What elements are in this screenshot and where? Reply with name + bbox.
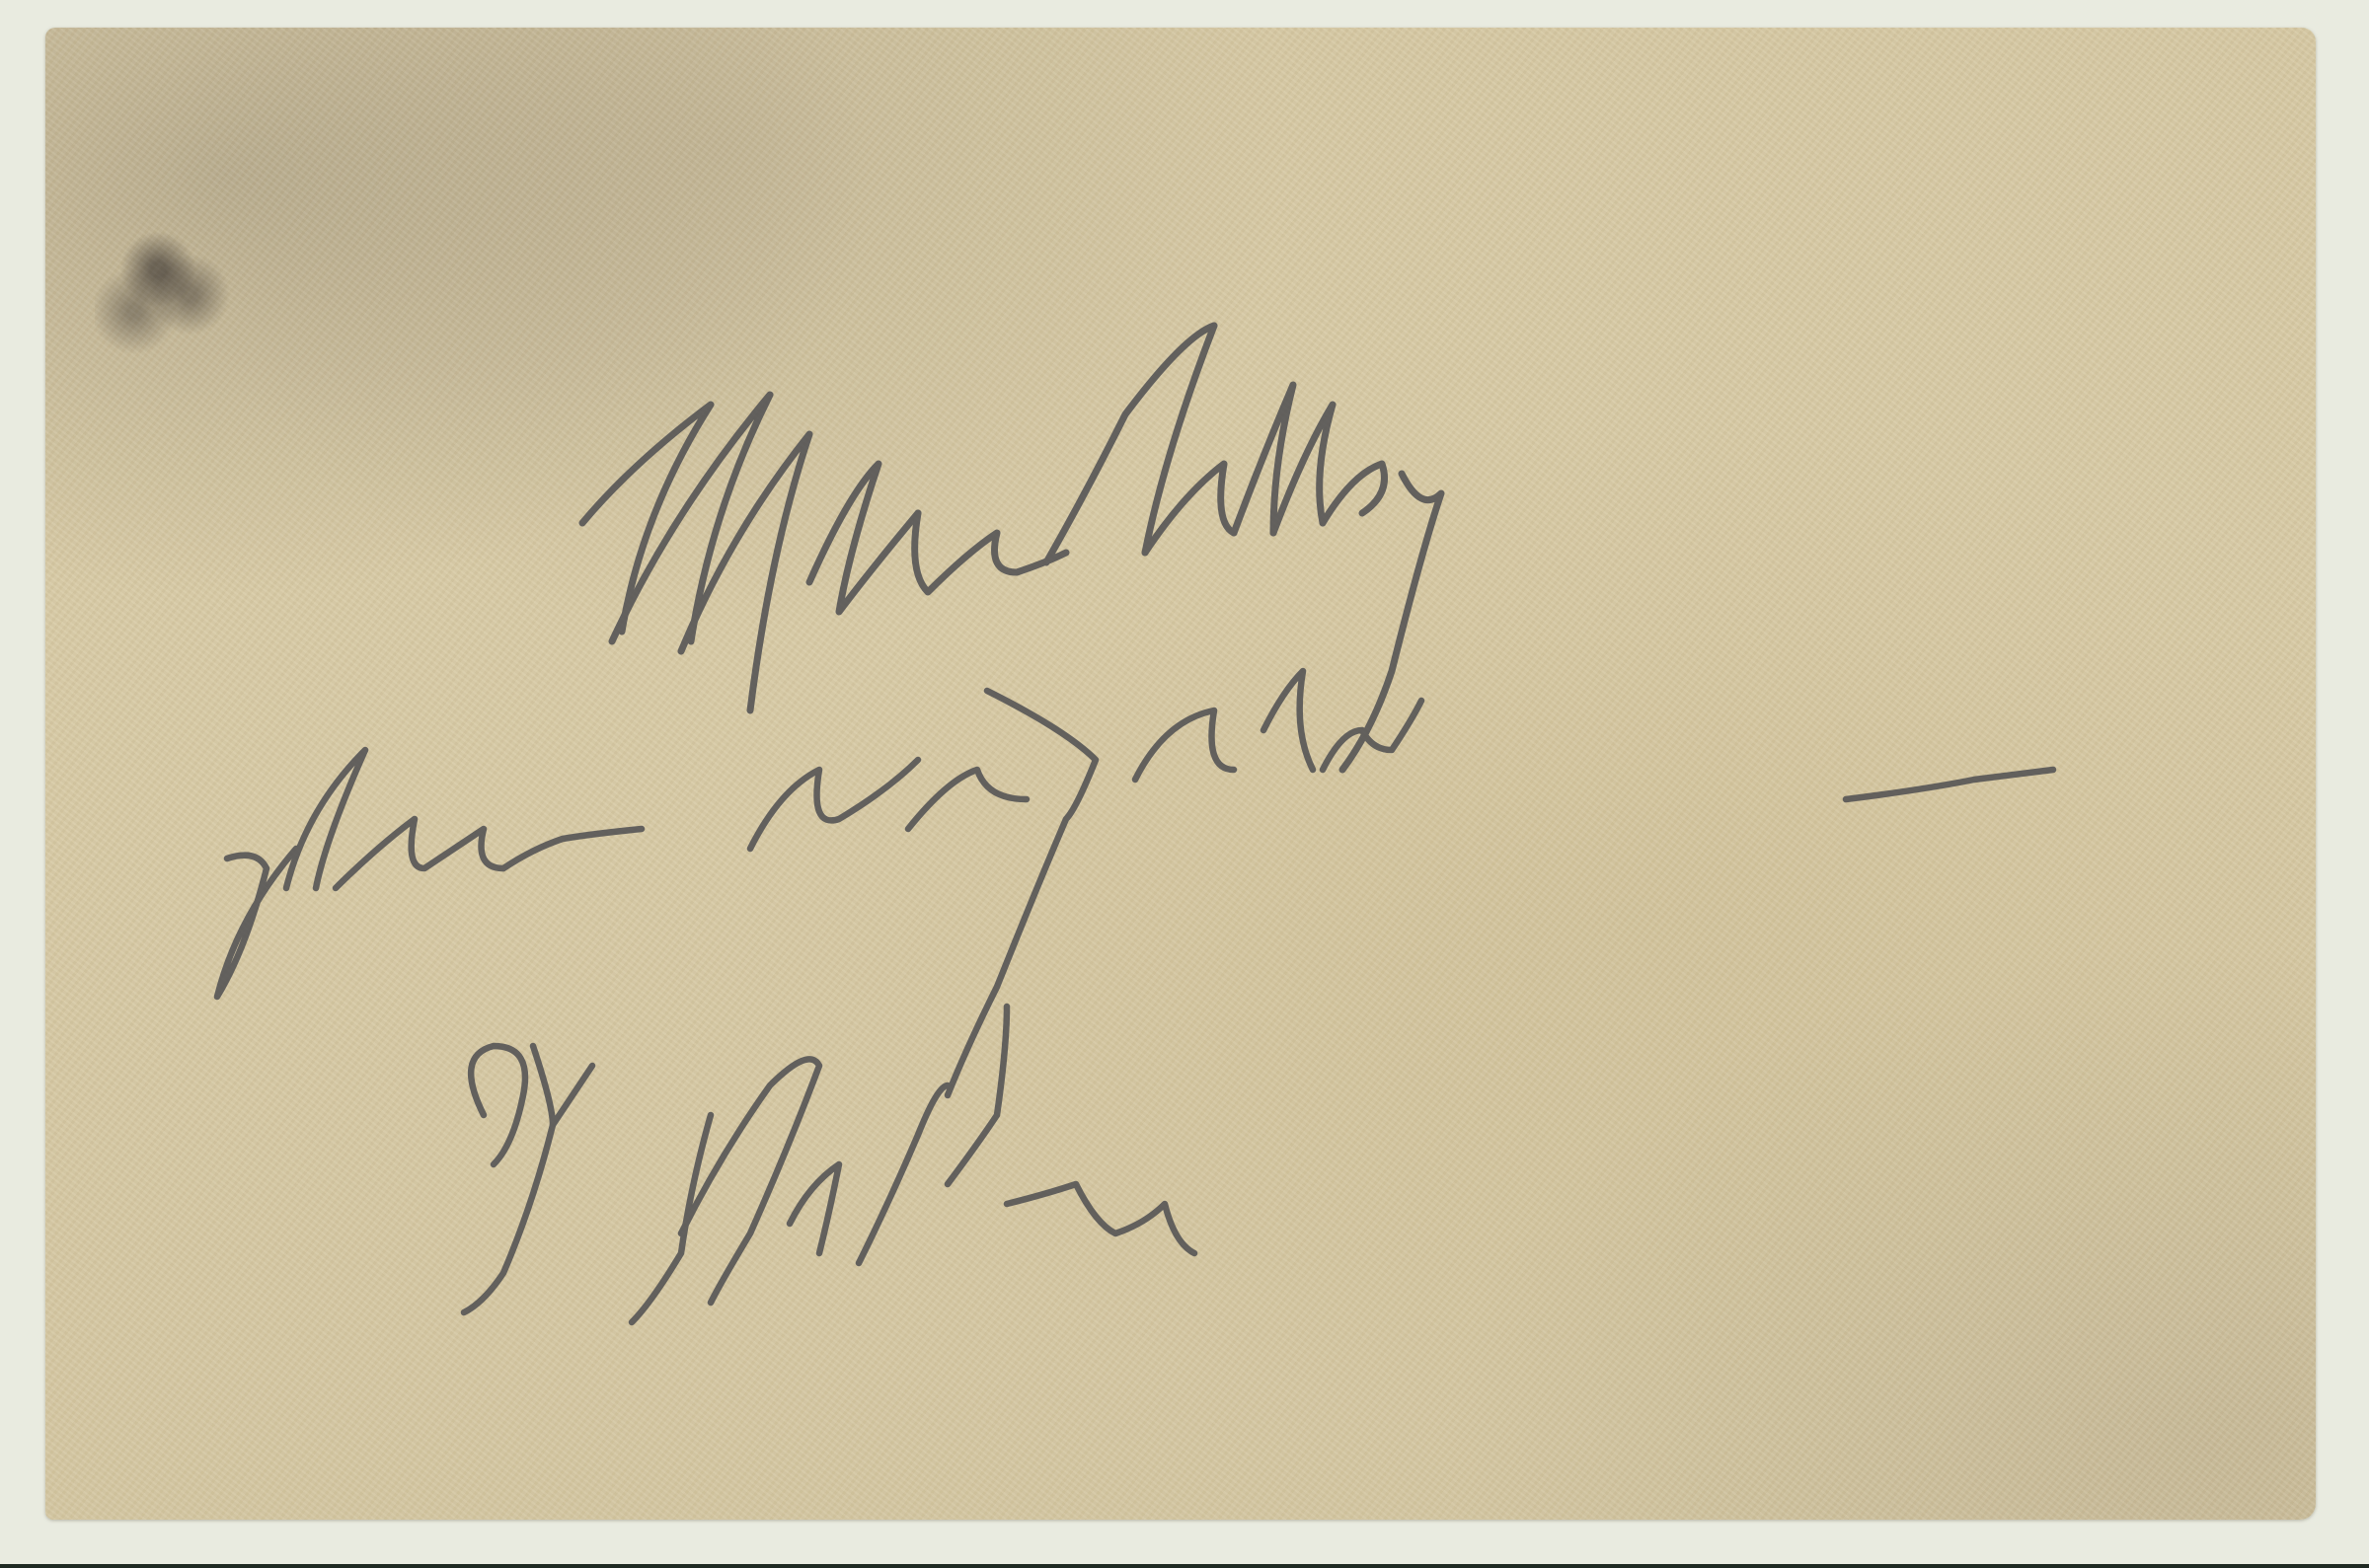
handwritten-line-2	[217, 671, 2053, 1095]
handwritten-line-3	[464, 1007, 1194, 1322]
handwriting	[0, 0, 2369, 1568]
bottom-edge-strip	[0, 1564, 2369, 1568]
